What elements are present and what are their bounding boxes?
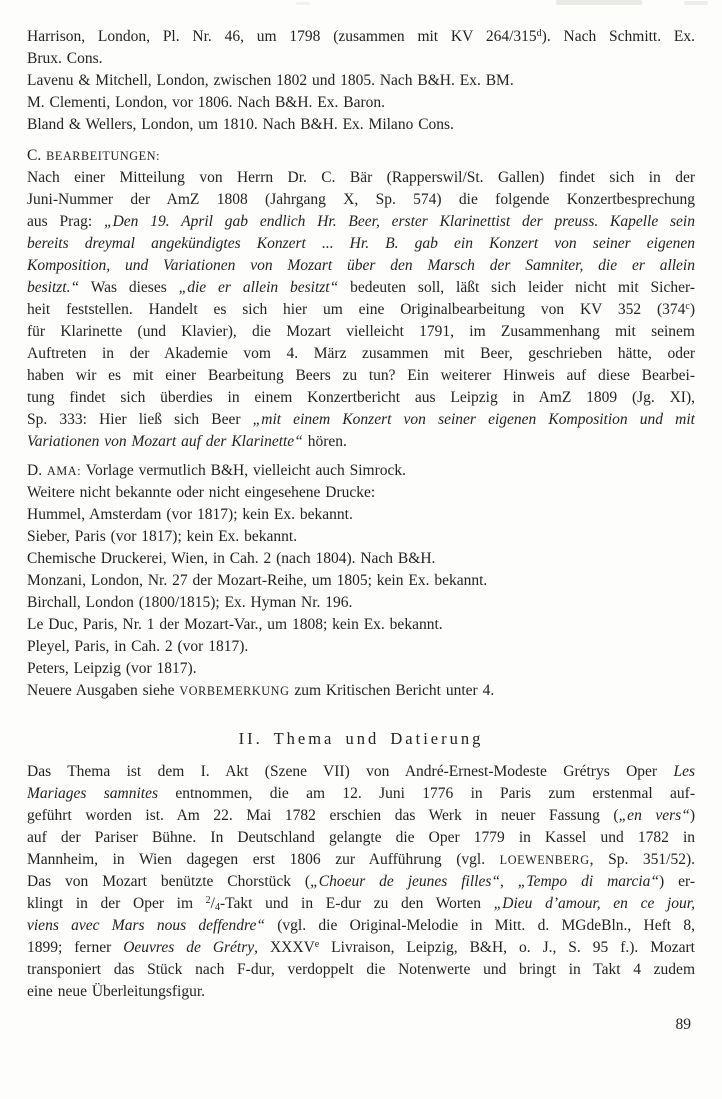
- text-line: eine neue Überleitungsfigur.: [27, 981, 695, 1003]
- text-line: geführt worden ist. Am 22. Mai 1782 ersc…: [27, 805, 695, 827]
- section-d-list: D. AMA: Vorlage vermutlich B&H, vielleic…: [27, 460, 695, 702]
- text-segment: aus Prag:: [27, 213, 104, 230]
- text-segment: besitzt.“: [27, 279, 79, 296]
- scan-artifact: [296, 2, 310, 5]
- text-segment: Juni-Nummer der AmZ 1808 (Jahrgang X, Sp…: [27, 191, 695, 208]
- text-line: klingt in der Oper im 2/4-Takt und in E-…: [27, 893, 695, 915]
- text-line: Neuere Ausgaben siehe VORBEMERKUNG zum K…: [27, 680, 695, 702]
- text-line: D. AMA: Vorlage vermutlich B&H, vielleic…: [27, 460, 695, 482]
- text-line: heit feststellen. Handelt es sich hier u…: [27, 299, 695, 321]
- text-column-bottom: Das Thema ist dem I. Akt (Szene VII) von…: [27, 761, 695, 1003]
- text-line: Komposition, und Variationen von Mozart …: [27, 255, 695, 277]
- text-line: Juni-Nummer der AmZ 1808 (Jahrgang X, Sp…: [27, 189, 695, 211]
- text-line: 1899; ferner Oeuvres de Grétry, XXXVe Li…: [27, 937, 695, 959]
- text-segment: , XXXV: [254, 939, 315, 956]
- text-segment: „en vers“: [619, 807, 690, 824]
- text-segment: Harrison, London, Pl. Nr. 46, um 1798 (z…: [27, 28, 537, 45]
- scan-artifact: [684, 1, 708, 5]
- text-segment: Le Duc, Paris, Nr. 1 der Mozart-Var., um…: [27, 616, 443, 633]
- text-line: Weitere nicht bekannte oder nicht einges…: [27, 482, 695, 504]
- text-segment: AMA:: [47, 464, 81, 478]
- text-segment: Sp. 333: Hier ließ sich Beer: [27, 411, 253, 428]
- text-segment: Nach einer Mitteilung von Herrn Dr. C. B…: [27, 169, 695, 186]
- text-segment: hören.: [303, 433, 347, 450]
- text-segment: „Choeur de jeunes filles“: [310, 873, 500, 890]
- text-line: Das von Mozart benützte Chorstück („Choe…: [27, 871, 695, 893]
- text-segment: 2: [206, 895, 211, 906]
- text-segment: „Tempo di marcia“: [518, 873, 659, 890]
- text-segment: Pleyel, Paris, in Cah. 2 (vor 1817).: [27, 638, 248, 655]
- text-segment: geführt worden ist. Am 22. Mai 1782 ersc…: [27, 807, 619, 824]
- text-segment: , Sp. 351/52).: [590, 851, 695, 868]
- text-segment: transponiert das Stück nach F-dur, verdo…: [27, 961, 695, 978]
- text-segment: C.: [27, 147, 46, 164]
- text-line: besitzt.“ Was dieses „die er allein besi…: [27, 277, 695, 299]
- text-line: Bland & Wellers, London, um 1810. Nach B…: [27, 114, 695, 136]
- text-segment: Mannheim, in Wien dagegen erst 1806 zur …: [27, 851, 500, 868]
- text-segment: Bland & Wellers, London, um 1810. Nach B…: [27, 116, 454, 133]
- text-line: tung findet sich überdies in einem Konze…: [27, 387, 695, 409]
- text-segment: bedeuten soll, läßt sich leider nicht mi…: [338, 279, 695, 296]
- text-segment: klingt in der Oper im: [27, 895, 206, 912]
- editions-list: Harrison, London, Pl. Nr. 46, um 1798 (z…: [27, 26, 695, 136]
- text-segment: 1899; ferner: [27, 939, 123, 956]
- text-segment: M. Clementi, London, vor 1806. Nach B&H.…: [27, 94, 385, 111]
- text-segment: Chemische Druckerei, Wien, in Cah. 2 (na…: [27, 550, 435, 567]
- text-segment: (vgl. die Original-Melodie in Mitt. d. M…: [265, 917, 695, 934]
- text-segment: Birchall, London (1800/1815); Ex. Hyman …: [27, 594, 352, 611]
- text-line: Sieber, Paris (vor 1817); kein Ex. bekan…: [27, 526, 695, 548]
- section-c-paragraph: Nach einer Mitteilung von Herrn Dr. C. B…: [27, 167, 695, 453]
- text-segment: ). Nach Schmitt. Ex.: [542, 28, 695, 45]
- text-line: C. BEARBEITUNGEN:: [27, 145, 695, 167]
- text-line: Peters, Leipzig (vor 1817).: [27, 658, 695, 680]
- text-segment: „Den 19. April gab endlich Hr. Beer, ers…: [104, 213, 695, 230]
- text-segment: ): [690, 301, 695, 318]
- text-segment: Brux. Cons.: [27, 50, 103, 67]
- text-segment: Les: [673, 763, 695, 780]
- text-segment: „die er allein besitzt“: [179, 279, 339, 296]
- text-segment: d: [537, 28, 542, 39]
- text-segment: „mit einem Konzert von seiner eigenen Ko…: [253, 411, 695, 428]
- scanned-page: Harrison, London, Pl. Nr. 46, um 1798 (z…: [0, 0, 722, 1099]
- text-segment: „Dieu d’amour, en ce jour,: [494, 895, 695, 912]
- text-line: Le Duc, Paris, Nr. 1 der Mozart-Var., um…: [27, 614, 695, 636]
- text-segment: c: [685, 301, 689, 312]
- text-segment: Oeuvres de Grétry: [123, 939, 254, 956]
- scan-artifact: [556, 0, 642, 5]
- text-line: Das Thema ist dem I. Akt (Szene VII) von…: [27, 761, 695, 783]
- text-line: Mannheim, in Wien dagegen erst 1806 zur …: [27, 849, 695, 871]
- text-segment: Das von Mozart benützte Chorstück (: [27, 873, 310, 890]
- text-segment: Hummel, Amsterdam (vor 1817); kein Ex. b…: [27, 506, 353, 523]
- text-segment: heit feststellen. Handelt es sich hier u…: [27, 301, 685, 318]
- text-segment: D.: [27, 462, 47, 479]
- text-segment: viens avec Mars nous deffendre“: [27, 917, 265, 934]
- text-line: Monzani, London, Nr. 27 der Mozart-Reihe…: [27, 570, 695, 592]
- text-line: Pleyel, Paris, in Cah. 2 (vor 1817).: [27, 636, 695, 658]
- text-segment: ,: [500, 873, 518, 890]
- text-segment: Auftreten in der Akademie vom 4. März zu…: [27, 345, 695, 362]
- text-segment: entnommen, die am 12. Juni 1776 in Paris…: [158, 785, 695, 802]
- thema-paragraph: Das Thema ist dem I. Akt (Szene VII) von…: [27, 761, 695, 1003]
- text-segment: ) er-: [659, 873, 695, 890]
- text-segment: Weitere nicht bekannte oder nicht einges…: [27, 484, 375, 501]
- text-segment: Monzani, London, Nr. 27 der Mozart-Reihe…: [27, 572, 487, 589]
- text-column: Harrison, London, Pl. Nr. 46, um 1798 (z…: [27, 26, 695, 1036]
- text-segment: Neuere Ausgaben siehe: [27, 682, 179, 699]
- text-line: viens avec Mars nous deffendre“ (vgl. di…: [27, 915, 695, 937]
- section-heading: II. Thema und Datierung: [27, 728, 695, 750]
- text-segment: bereits dreymal angekündigtes Konzert ..…: [27, 235, 695, 252]
- text-segment: LOEWENBERG: [500, 853, 590, 867]
- text-line: transponiert das Stück nach F-dur, verdo…: [27, 959, 695, 981]
- text-segment: Vorlage vermutlich B&H, vielleicht auch …: [81, 462, 406, 479]
- text-segment: Lavenu & Mitchell, London, zwischen 1802…: [27, 72, 514, 89]
- text-line: Nach einer Mitteilung von Herrn Dr. C. B…: [27, 167, 695, 189]
- text-segment: zum Kritischen Bericht unter 4.: [289, 682, 494, 699]
- text-segment: e: [315, 939, 319, 950]
- text-line: Chemische Druckerei, Wien, in Cah. 2 (na…: [27, 548, 695, 570]
- text-segment: haben wir es mit einer Bearbeitung Beers…: [27, 367, 695, 384]
- text-segment: eine neue Überleitungsfigur.: [27, 983, 205, 1000]
- text-segment: Sieber, Paris (vor 1817); kein Ex. bekan…: [27, 528, 297, 545]
- text-line: Lavenu & Mitchell, London, zwischen 1802…: [27, 70, 695, 92]
- text-segment: BEARBEITUNGEN:: [46, 149, 160, 163]
- text-segment: für Klarinette (und Klavier), die Mozart…: [27, 323, 695, 340]
- text-segment: ): [690, 807, 695, 824]
- text-line: Brux. Cons.: [27, 48, 695, 70]
- text-column-top: Harrison, London, Pl. Nr. 46, um 1798 (z…: [27, 26, 695, 702]
- text-line: Variationen von Mozart auf der Klarinett…: [27, 431, 695, 453]
- text-segment: VORBEMERKUNG: [179, 684, 289, 698]
- text-line: für Klarinette (und Klavier), die Mozart…: [27, 321, 695, 343]
- text-segment: Livraison, Leipzig, B&H, o. J., S. 95 f.…: [319, 939, 695, 956]
- text-line: M. Clementi, London, vor 1806. Nach B&H.…: [27, 92, 695, 114]
- text-line: bereits dreymal angekündigtes Konzert ..…: [27, 233, 695, 255]
- text-line: Hummel, Amsterdam (vor 1817); kein Ex. b…: [27, 504, 695, 526]
- text-line: Birchall, London (1800/1815); Ex. Hyman …: [27, 592, 695, 614]
- text-line: haben wir es mit einer Bearbeitung Beers…: [27, 365, 695, 387]
- page-number: 89: [27, 1014, 695, 1036]
- text-segment: Variationen von Mozart auf der Klarinett…: [27, 433, 303, 450]
- text-line: Sp. 333: Hier ließ sich Beer „mit einem …: [27, 409, 695, 431]
- text-segment: -Takt und in E-dur zu den Worten: [220, 895, 494, 912]
- text-segment: Mariages samnites: [27, 785, 158, 802]
- text-segment: tung findet sich überdies in einem Konze…: [27, 389, 695, 406]
- text-line: aus Prag: „Den 19. April gab endlich Hr.…: [27, 211, 695, 233]
- text-line: Harrison, London, Pl. Nr. 46, um 1798 (z…: [27, 26, 695, 48]
- text-segment: Was dieses: [79, 279, 179, 296]
- text-segment: Peters, Leipzig (vor 1817).: [27, 660, 197, 677]
- text-line: auf der Pariser Bühne. In Deutschland ge…: [27, 827, 695, 849]
- text-line: Auftreten in der Akademie vom 4. März zu…: [27, 343, 695, 365]
- text-segment: auf der Pariser Bühne. In Deutschland ge…: [27, 829, 695, 846]
- text-segment: 4: [215, 902, 220, 913]
- text-segment: Das Thema ist dem I. Akt (Szene VII) von…: [27, 763, 673, 780]
- text-line: Mariages samnites entnommen, die am 12. …: [27, 783, 695, 805]
- text-segment: Komposition, und Variationen von Mozart …: [27, 257, 695, 274]
- section-c-label: C. BEARBEITUNGEN:: [27, 145, 695, 167]
